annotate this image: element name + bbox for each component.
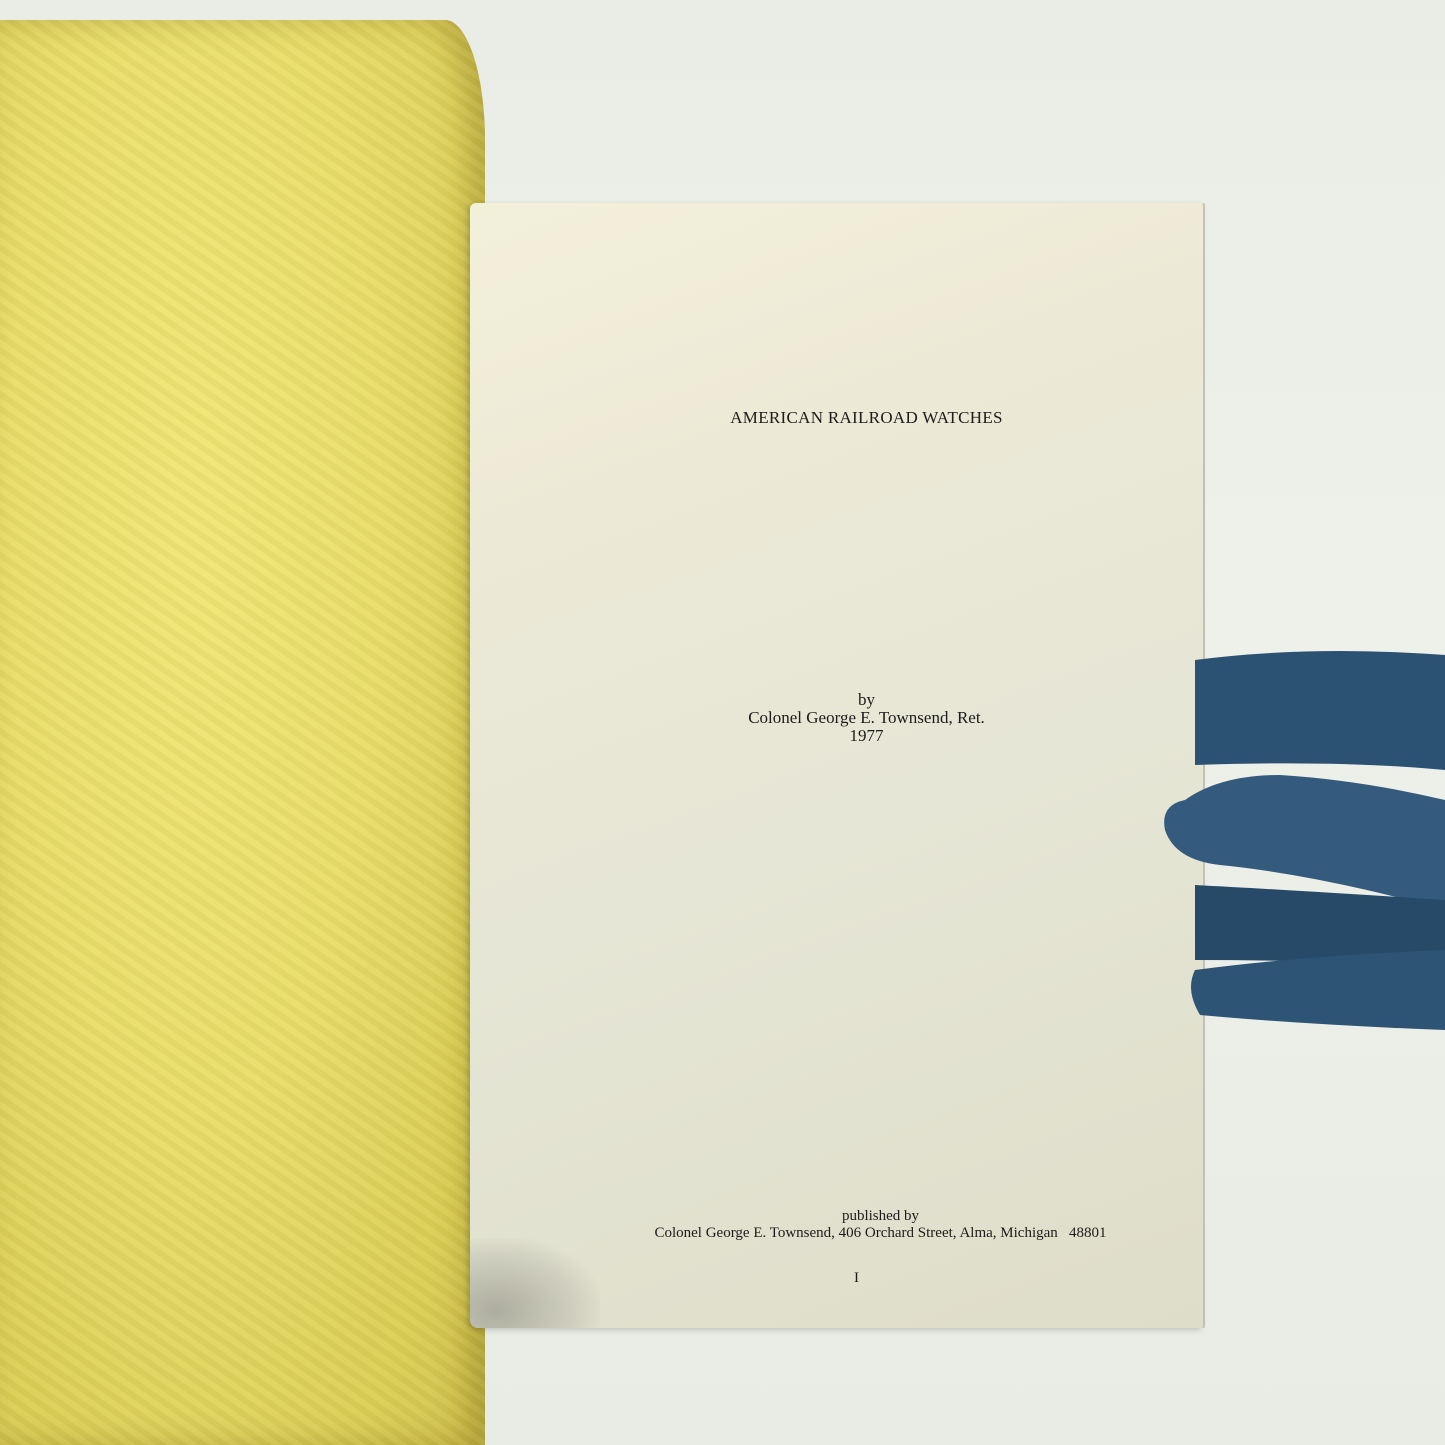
publication-year: 1977 [530, 727, 1203, 745]
byline: by Colonel George E. Townsend, Ret. 1977 [470, 691, 1203, 745]
page-number: I [470, 1270, 1203, 1287]
published-by-label: published by [558, 1208, 1203, 1225]
booklet-cover-inside [0, 20, 485, 1445]
title-page: AMERICAN RAILROAD WATCHES by Colonel Geo… [470, 203, 1203, 1328]
publisher-address: Colonel George E. Townsend, 406 Orchard … [558, 1225, 1203, 1242]
gloved-hand [1160, 650, 1445, 1030]
author-name: Colonel George E. Townsend, Ret. [530, 709, 1203, 727]
book-title: AMERICAN RAILROAD WATCHES [470, 408, 1203, 428]
publisher-block: published by Colonel George E. Townsend,… [470, 1208, 1203, 1242]
by-label: by [530, 691, 1203, 709]
